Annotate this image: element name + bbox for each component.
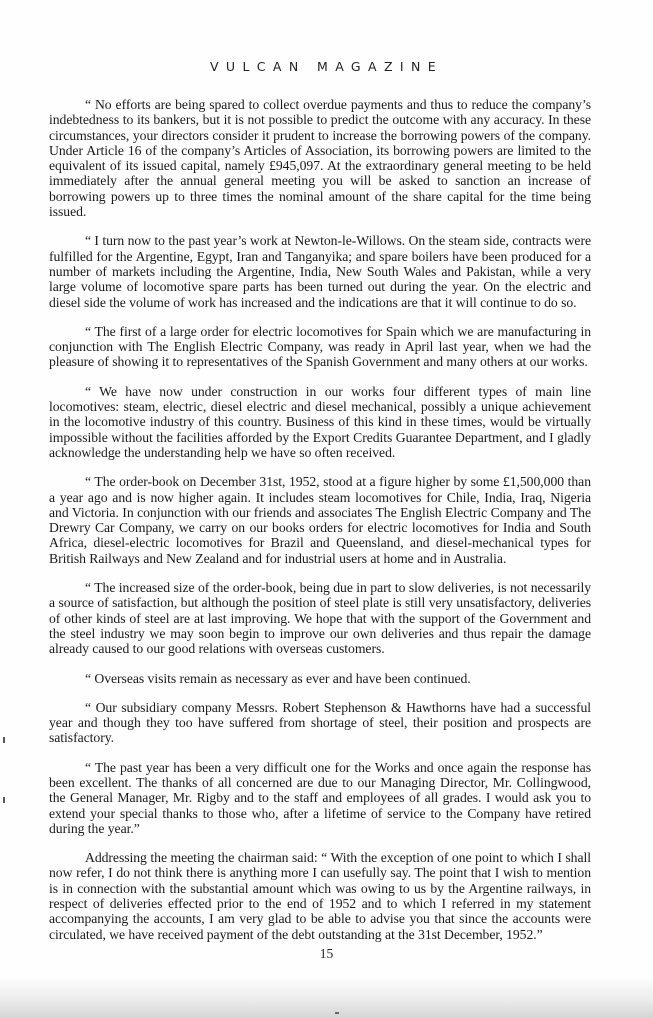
paragraph-overseas-visits: “ Overseas visits remain as necessary as… (49, 671, 591, 686)
scan-edge-mark (3, 737, 5, 743)
article-body: “ No efforts are being spared to collect… (49, 97, 591, 956)
paragraph-thanks: “ The past year has been a very difficul… (49, 760, 591, 836)
scan-artifact (335, 1012, 339, 1014)
page-bottom-shadow (0, 976, 653, 1018)
paragraph-steel-deliveries: “ The increased size of the order-book, … (49, 580, 591, 656)
paragraph-spain-order: “ The first of a large order for electri… (49, 324, 591, 370)
paragraph-borrowing-powers: “ No efforts are being spared to collect… (49, 97, 591, 219)
paragraph-construction: “ We have now under construction in our … (49, 384, 591, 460)
paragraph-subsidiary: “ Our subsidiary company Messrs. Robert … (49, 700, 591, 746)
paragraph-chairman-address: Addressing the meeting the chairman said… (49, 850, 591, 942)
paragraph-order-book: “ The order-book on December 31st, 1952,… (49, 474, 591, 566)
scan-edge-mark (3, 797, 5, 803)
page-number: 15 (0, 946, 653, 962)
document-page: VULCAN MAGAZINE “ No efforts are being s… (0, 0, 653, 1018)
paragraph-newton-le-willows: “ I turn now to the past year’s work at … (49, 233, 591, 309)
magazine-header: VULCAN MAGAZINE (0, 59, 653, 74)
